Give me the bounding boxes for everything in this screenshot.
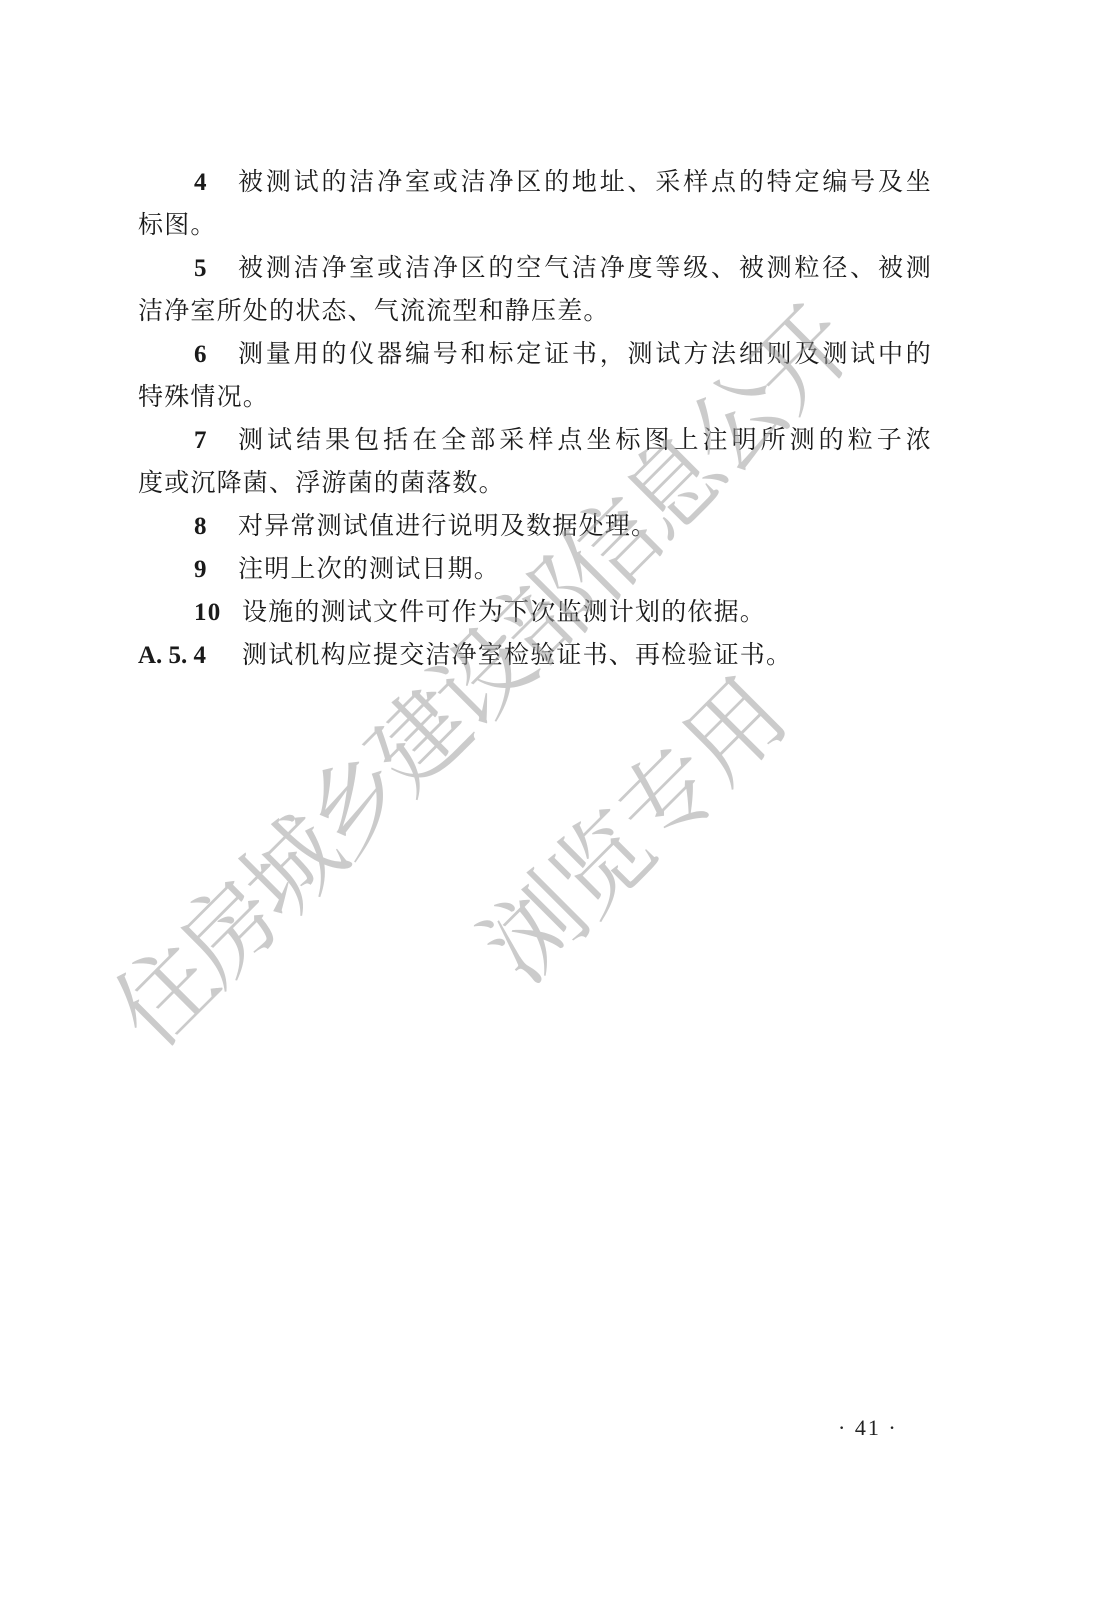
item-text-continuation: 度或沉降菌、浮游菌的菌落数。 xyxy=(138,468,505,497)
item-text-continuation: 洁净室所处的状态、气流流型和静压差。 xyxy=(138,296,610,325)
item-text: 注明上次的测试日期。 xyxy=(238,554,500,583)
list-item-10: 10设施的测试文件可作为下次监测计划的依据。 xyxy=(138,590,938,633)
item-text: 测试结果包括在全部采样点坐标图上注明所测的粒子浓 xyxy=(238,418,932,461)
item-number: 4 xyxy=(194,161,238,204)
list-item-5-line-2: 洁净室所处的状态、气流流型和静压差。 xyxy=(138,289,938,332)
list-item-6-line-2: 特殊情况。 xyxy=(138,375,938,418)
item-number: 8 xyxy=(194,505,238,548)
clause-a-5-4: A. 5. 4测试机构应提交洁净室检验证书、再检验证书。 xyxy=(138,633,938,676)
list-item-4-line-2: 标图。 xyxy=(138,203,938,246)
document-page: 4被测试的洁净室或洁净区的地址、采样点的特定编号及坐 标图。 5被测洁净室或洁净… xyxy=(0,0,1099,1598)
item-text: 被测试的洁净室或洁净区的地址、采样点的特定编号及坐 xyxy=(238,160,932,203)
item-text: 测量用的仪器编号和标定证书，测试方法细则及测试中的 xyxy=(238,332,932,375)
clause-number: A. 5. 4 xyxy=(138,634,242,677)
list-item-4-line-1: 4被测试的洁净室或洁净区的地址、采样点的特定编号及坐 xyxy=(138,160,938,203)
page-number: · 41 · xyxy=(838,1415,898,1441)
list-item-5-line-1: 5被测洁净室或洁净区的空气洁净度等级、被测粒径、被测 xyxy=(138,246,938,289)
item-number: 9 xyxy=(194,548,238,591)
list-item-7-line-1: 7测试结果包括在全部采样点坐标图上注明所测的粒子浓 xyxy=(138,418,938,461)
watermark-line-2: 浏览专用 xyxy=(448,644,811,1007)
item-number: 10 xyxy=(194,591,242,634)
list-item-7-line-2: 度或沉降菌、浮游菌的菌落数。 xyxy=(138,461,938,504)
item-text: 对异常测试值进行说明及数据处理。 xyxy=(238,511,657,540)
item-text-continuation: 特殊情况。 xyxy=(138,382,269,411)
item-number: 7 xyxy=(194,419,238,462)
list-item-9: 9注明上次的测试日期。 xyxy=(138,547,938,590)
document-body: 4被测试的洁净室或洁净区的地址、采样点的特定编号及坐 标图。 5被测洁净室或洁净… xyxy=(138,160,938,676)
item-number: 5 xyxy=(194,247,238,290)
clause-text: 测试机构应提交洁净室检验证书、再检验证书。 xyxy=(242,640,792,669)
item-text: 被测洁净室或洁净区的空气洁净度等级、被测粒径、被测 xyxy=(238,246,932,289)
item-number: 6 xyxy=(194,333,238,376)
item-text: 设施的测试文件可作为下次监测计划的依据。 xyxy=(242,597,766,626)
list-item-6-line-1: 6测量用的仪器编号和标定证书，测试方法细则及测试中的 xyxy=(138,332,938,375)
list-item-8: 8对异常测试值进行说明及数据处理。 xyxy=(138,504,938,547)
item-text-continuation: 标图。 xyxy=(138,210,217,239)
